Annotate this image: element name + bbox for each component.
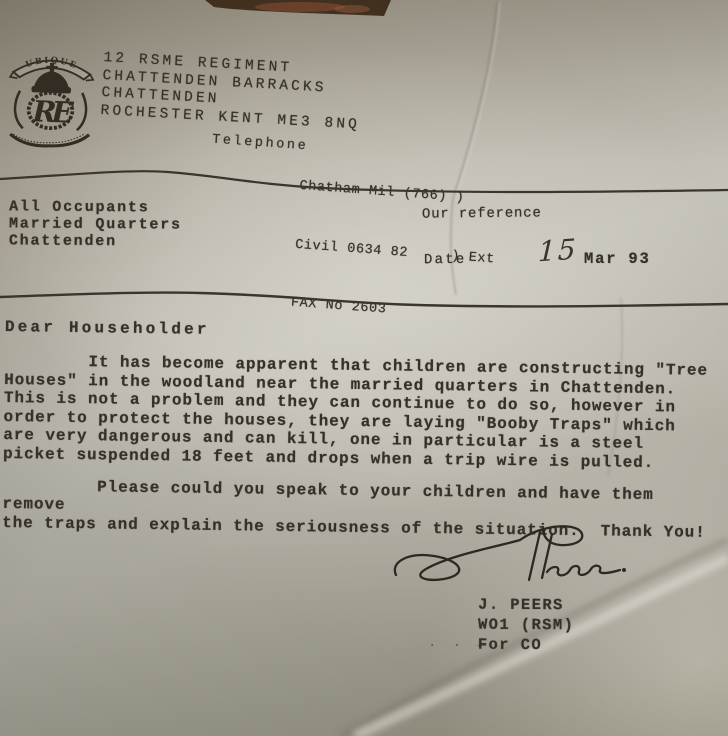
letterhead-address: 12 RSME REGIMENT CHATTENDEN BARRACKS CHA… [100,50,363,134]
royal-engineers-crest-icon: UBIQUE RE [2,40,100,151]
date-day-handwritten: 15 [537,233,578,269]
signoff-rank: WO1 (RSM) [478,615,574,635]
crest-spray-left [14,91,24,129]
signature-scrawl [382,520,632,598]
recipient-line: Married Quarters [9,216,182,234]
table-gap-shape [205,0,391,16]
salutation: Dear Householder [5,318,727,347]
crest-bottom-scroll [10,132,89,147]
date-month-year: Mar 93 [584,250,651,268]
recipient-line: Chattenden [9,233,182,251]
body-paragraph-1: It has become apparent that children are… [3,352,726,474]
signoff-for: For CO [478,635,574,655]
recipient-address: All Occupants Married Quarters Chattende… [9,199,182,251]
crease-marks: · · ― [428,638,490,654]
crest-monogram: RE [31,94,75,129]
letter-body: Dear Householder It has become apparent … [2,318,727,542]
signoff-name: J. PEERS [478,596,574,616]
signoff-block: J. PEERS WO1 (RSM) For CO [478,596,575,656]
crest-spray-right [77,93,87,131]
date-label: Date [424,252,467,268]
letter-photo: UBIQUE RE 12 RSME REGIMENT CHATTENDEN BA… [0,0,728,736]
telephone-label: Telephone [212,133,309,155]
our-reference-label: Our reference [422,205,542,222]
table-gap-texture [255,2,345,12]
table-gap-texture [334,5,370,13]
